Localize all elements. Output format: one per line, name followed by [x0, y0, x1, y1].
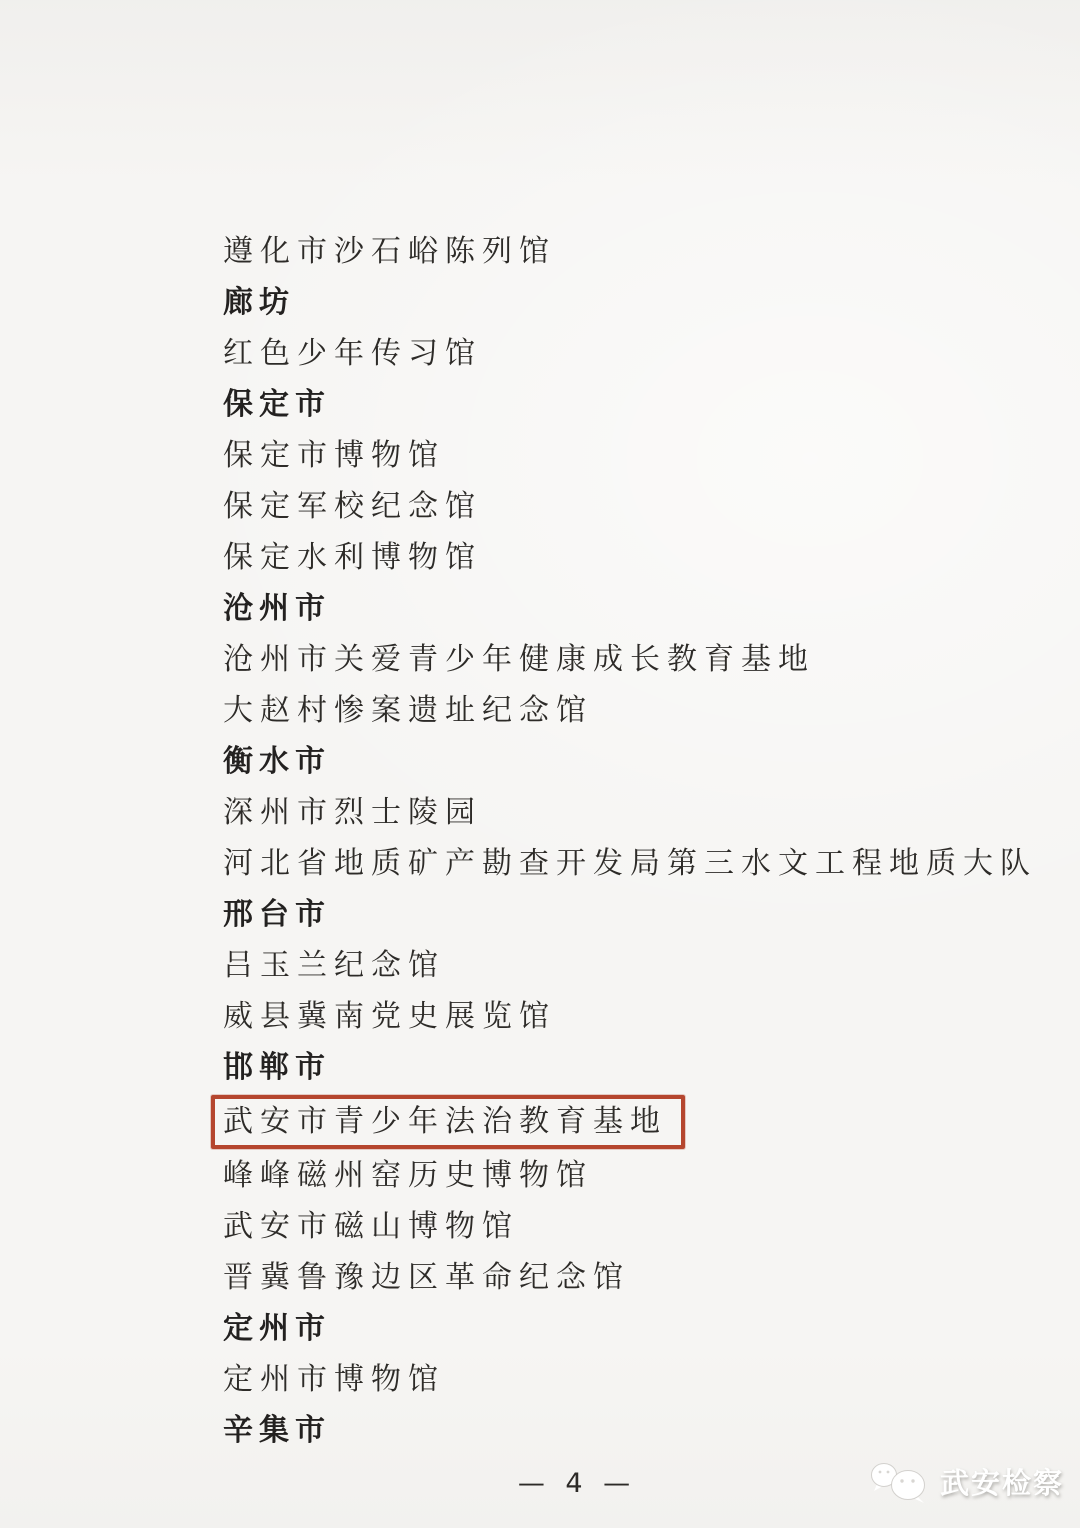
- facility-item: 晋冀鲁豫边区革命纪念馆: [223, 1252, 1037, 1303]
- facility-item: 峰峰磁州窑历史博物馆: [223, 1150, 1037, 1201]
- facility-label: 定州市: [223, 1314, 331, 1344]
- facility-label: 定州市博物馆: [223, 1365, 445, 1395]
- facility-label: 威县冀南党史展览馆: [223, 1002, 556, 1032]
- facility-item: 定州市博物馆: [223, 1354, 1037, 1405]
- facility-label: 沧州市: [223, 594, 331, 624]
- document-page: 遵化市沙石峪陈列馆 廊坊 红色少年传习馆 保定市 保定市博物馆 保定军校纪念馆 …: [0, 0, 1080, 1528]
- facility-label: 保定水利博物馆: [223, 543, 482, 573]
- facility-label: 沧州市关爱青少年健康成长教育基地: [223, 645, 815, 675]
- facility-label: 河北省地质矿产勘查开发局第三水文工程地质大队: [223, 849, 1037, 879]
- facility-label: 红色少年传习馆: [223, 339, 482, 369]
- city-heading: 衡水市: [223, 736, 1037, 787]
- facility-item: 河北省地质矿产勘查开发局第三水文工程地质大队: [223, 838, 1037, 889]
- facility-label: 保定军校纪念馆: [223, 492, 482, 522]
- city-heading: 邯郸市: [223, 1042, 1037, 1093]
- facility-label: 武安市青少年法治教育基地: [211, 1095, 685, 1149]
- facility-item: 沧州市关爱青少年健康成长教育基地: [223, 634, 1037, 685]
- facility-item: 威县冀南党史展览馆: [223, 991, 1037, 1042]
- city-heading: 辛集市: [223, 1405, 1037, 1456]
- facility-item: 大赵村惨案遗址纪念馆: [223, 685, 1037, 736]
- watermark: 武安检察: [870, 1458, 1064, 1504]
- facility-item: 深州市烈士陵园: [223, 787, 1037, 838]
- facility-label: 武安市磁山博物馆: [223, 1212, 519, 1242]
- facility-label: 深州市烈士陵园: [223, 798, 482, 828]
- highlighted-entry: 武安市青少年法治教育基地: [223, 1093, 1037, 1150]
- facility-list: 遵化市沙石峪陈列馆 廊坊 红色少年传习馆 保定市 保定市博物馆 保定军校纪念馆 …: [223, 226, 1037, 1456]
- facility-label: 邢台市: [223, 900, 331, 930]
- city-heading: 定州市: [223, 1303, 1037, 1354]
- facility-label: 保定市: [223, 390, 331, 420]
- facility-item: 保定市博物馆: [223, 430, 1037, 481]
- facility-label: 遵化市沙石峪陈列馆: [223, 237, 556, 267]
- facility-label: 晋冀鲁豫边区革命纪念馆: [223, 1263, 630, 1293]
- facility-label: 邯郸市: [223, 1053, 331, 1083]
- city-heading: 沧州市: [223, 583, 1037, 634]
- facility-label: 衡水市: [223, 747, 331, 777]
- facility-item: 遵化市沙石峪陈列馆: [223, 226, 1037, 277]
- facility-item: 红色少年传习馆: [223, 328, 1037, 379]
- facility-item: 武安市磁山博物馆: [223, 1201, 1037, 1252]
- facility-item: 保定军校纪念馆: [223, 481, 1037, 532]
- wechat-icon: [870, 1458, 932, 1504]
- city-heading: 邢台市: [223, 889, 1037, 940]
- city-heading: 保定市: [223, 379, 1037, 430]
- facility-label: 吕玉兰纪念馆: [223, 951, 445, 981]
- page-number: — 4 —: [518, 1468, 636, 1499]
- facility-item: 保定水利博物馆: [223, 532, 1037, 583]
- watermark-label: 武安检察: [940, 1461, 1064, 1502]
- facility-label: 保定市博物馆: [223, 441, 445, 471]
- facility-label: 辛集市: [223, 1416, 331, 1446]
- facility-label: 峰峰磁州窑历史博物馆: [223, 1161, 593, 1191]
- facility-label: 大赵村惨案遗址纪念馆: [223, 696, 593, 726]
- facility-item: 吕玉兰纪念馆: [223, 940, 1037, 991]
- city-heading: 廊坊: [223, 277, 1037, 328]
- facility-label: 廊坊: [223, 288, 295, 318]
